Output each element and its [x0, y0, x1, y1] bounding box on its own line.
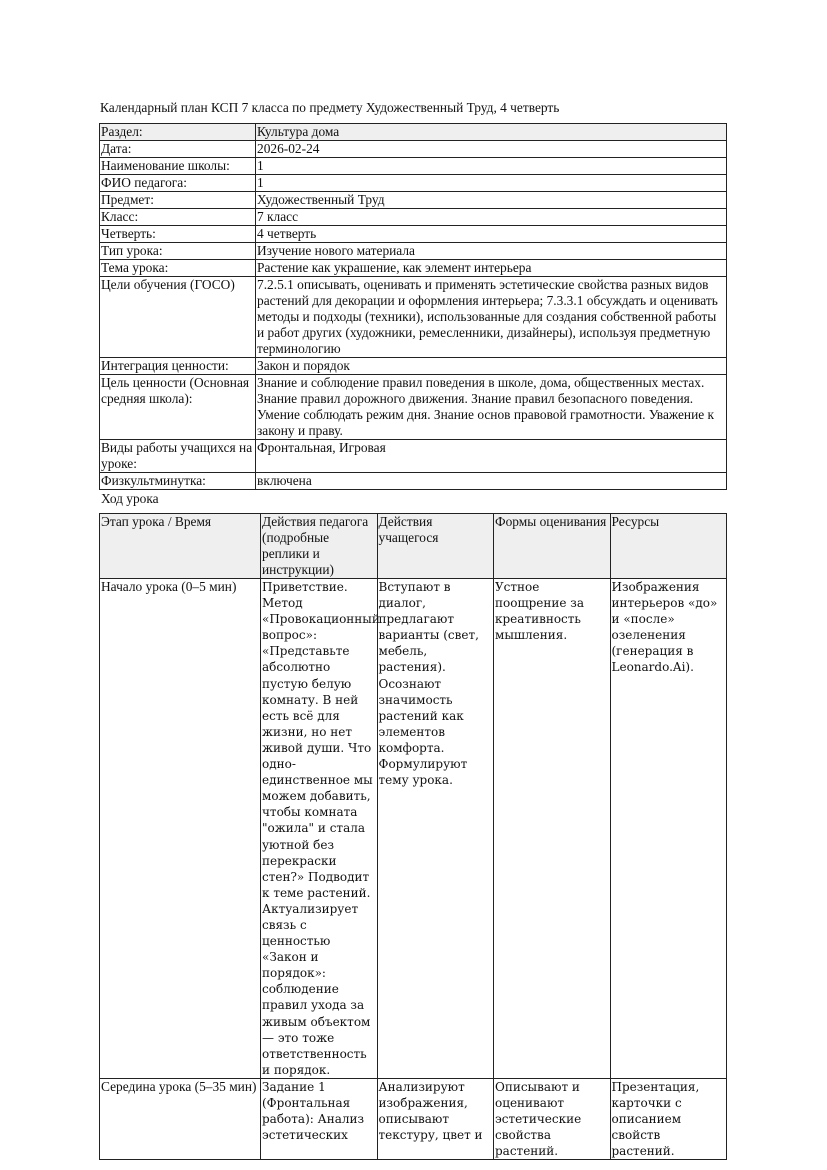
- info-label: Тип урока:: [100, 243, 256, 260]
- teacher-actions-cell: Приветствие. Метод «Провокационный вопро…: [261, 579, 378, 1079]
- info-value: 4 четверть: [256, 226, 727, 243]
- lesson-table-header-row: Этап урока / Время Действия педагога (по…: [100, 514, 727, 579]
- resources-cell: Презентация, карточки с описанием свойст…: [610, 1078, 727, 1159]
- table-row: Середина урока (5–35 мин) Задание 1 (Фро…: [100, 1078, 727, 1159]
- info-value: Художественный Труд: [256, 192, 727, 209]
- teacher-actions-cell: Задание 1 (Фронтальная работа): Анализ э…: [261, 1078, 378, 1159]
- lesson-flow-title: Ход урока: [101, 491, 727, 507]
- student-actions-cell: Анализируют изображения, описывают текст…: [377, 1078, 494, 1159]
- info-row: Цель ценности (Основная средняя школа):З…: [100, 375, 727, 440]
- info-label: Физкультминутка:: [100, 473, 256, 490]
- info-value: Культура дома: [256, 124, 727, 141]
- info-label: Четверть:: [100, 226, 256, 243]
- info-row: Раздел:Культура дома: [100, 124, 727, 141]
- resources-cell: Изображения интерьеров «до» и «после» оз…: [610, 579, 727, 1079]
- info-label: Интеграция ценности:: [100, 358, 256, 375]
- info-label: Тема урока:: [100, 260, 256, 277]
- stage-cell: Начало урока (0–5 мин): [100, 579, 261, 1079]
- info-value: Изучение нового материала: [256, 243, 727, 260]
- info-label: Виды работы учащихся на уроке:: [100, 440, 256, 473]
- header-resources: Ресурсы: [610, 514, 727, 579]
- info-value: 7 класс: [256, 209, 727, 226]
- info-value: 1: [256, 175, 727, 192]
- info-label: Раздел:: [100, 124, 256, 141]
- header-stage: Этап урока / Время: [100, 514, 261, 579]
- info-value: Растение как украшение, как элемент инте…: [256, 260, 727, 277]
- info-value: 7.2.5.1 описывать, оценивать и применять…: [256, 277, 727, 358]
- info-row: Цели обучения (ГОСО)7.2.5.1 описывать, о…: [100, 277, 727, 358]
- info-row: Дата:2026-02-24: [100, 141, 727, 158]
- table-row: Начало урока (0–5 мин) Приветствие. Мето…: [100, 579, 727, 1079]
- header-assessment: Формы оценивания: [494, 514, 611, 579]
- assessment-cell: Описывают и оценивают эстетические свойс…: [494, 1078, 611, 1159]
- info-row: Виды работы учащихся на уроке:Фронтальна…: [100, 440, 727, 473]
- info-value: Фронтальная, Игровая: [256, 440, 727, 473]
- assessment-cell: Устное поощрение за креативность мышлени…: [494, 579, 611, 1079]
- info-value: Знание и соблюдение правил поведения в ш…: [256, 375, 727, 440]
- info-label: Дата:: [100, 141, 256, 158]
- info-value: Закон и порядок: [256, 358, 727, 375]
- stage-cell: Середина урока (5–35 мин): [100, 1078, 261, 1159]
- info-row: Тема урока:Растение как украшение, как э…: [100, 260, 727, 277]
- info-row: Предмет:Художественный Труд: [100, 192, 727, 209]
- info-value: включена: [256, 473, 727, 490]
- info-label: Наименование школы:: [100, 158, 256, 175]
- document-title: Календарный план КСП 7 класса по предмет…: [100, 100, 727, 116]
- info-label: Предмет:: [100, 192, 256, 209]
- header-student-actions: Действия учащегося: [377, 514, 494, 579]
- info-label: ФИО педагога:: [100, 175, 256, 192]
- info-row: Интеграция ценности:Закон и порядок: [100, 358, 727, 375]
- info-row: Наименование школы:1: [100, 158, 727, 175]
- lesson-info-table: Раздел:Культура домаДата:2026-02-24Наиме…: [99, 123, 727, 490]
- info-value: 2026-02-24: [256, 141, 727, 158]
- student-actions-cell: Вступают в диалог, предлагают варианты (…: [377, 579, 494, 1079]
- info-row: ФИО педагога:1: [100, 175, 727, 192]
- info-label: Класс:: [100, 209, 256, 226]
- lesson-flow-table: Этап урока / Время Действия педагога (по…: [99, 513, 727, 1160]
- info-row: Физкультминутка:включена: [100, 473, 727, 490]
- info-row: Тип урока:Изучение нового материала: [100, 243, 727, 260]
- info-value: 1: [256, 158, 727, 175]
- header-teacher-actions: Действия педагога (подробные реплики и и…: [261, 514, 378, 579]
- info-row: Класс:7 класс: [100, 209, 727, 226]
- document-page: Календарный план КСП 7 класса по предмет…: [99, 100, 727, 1160]
- info-row: Четверть:4 четверть: [100, 226, 727, 243]
- info-label: Цели обучения (ГОСО): [100, 277, 256, 358]
- info-label: Цель ценности (Основная средняя школа):: [100, 375, 256, 440]
